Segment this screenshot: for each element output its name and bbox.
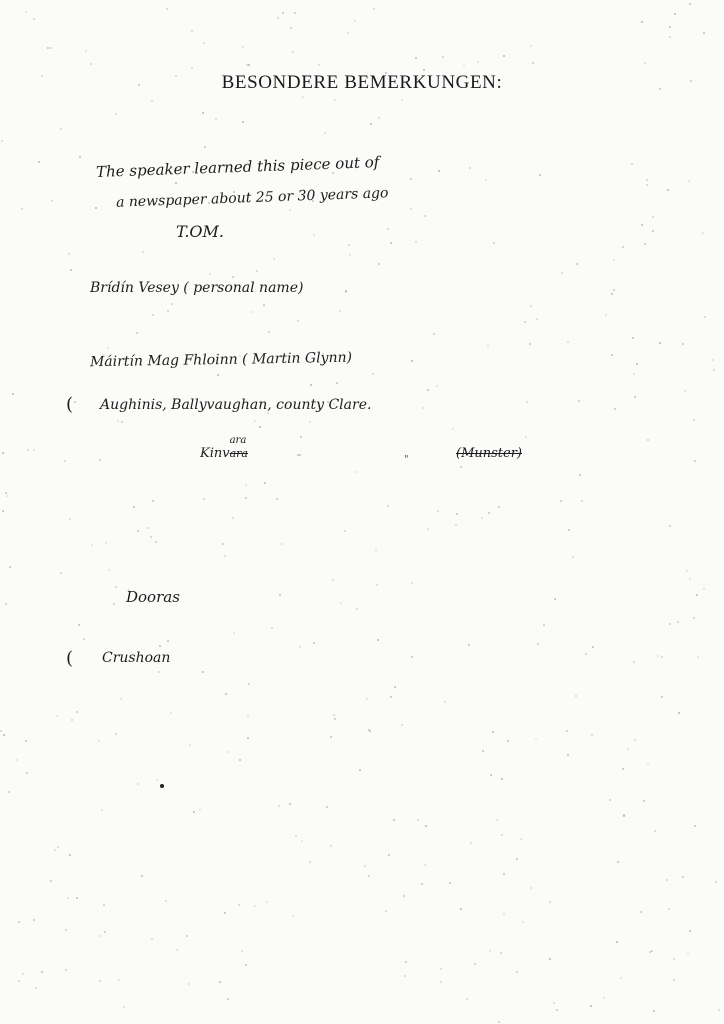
place-crushoan: Crushoan — [102, 650, 170, 666]
parish: Kinvaraara — [200, 446, 248, 461]
parish-insertion: ara — [230, 435, 247, 446]
place-bracket-mark: ( — [66, 648, 73, 669]
parish-deletion: ara — [230, 447, 248, 460]
location-bracket-mark: ( — [66, 394, 73, 415]
collector-name: Máirtín Mag Fhloinn ( Martin Glynn) — [90, 350, 352, 371]
page-heading: BESONDERE BEMERKUNGEN: — [0, 72, 724, 94]
location: Aughinis, Ballyvaughan, county Clare. — [100, 397, 371, 413]
place-dooras: Dooras — [126, 588, 180, 606]
ditto-mark: " — [404, 454, 409, 465]
ink-dot — [160, 784, 164, 788]
note-line-1: The speaker learned this piece out of — [96, 153, 380, 181]
province-struck-through: (Munster) — [456, 446, 522, 461]
note-line-2: a newspaper about 25 or 30 years ago — [116, 185, 389, 211]
parish-base: Kinv — [200, 446, 230, 461]
note-initials: T.OM. — [176, 222, 224, 241]
performer-name: Brídín Vesey ( personal name) — [90, 280, 303, 296]
